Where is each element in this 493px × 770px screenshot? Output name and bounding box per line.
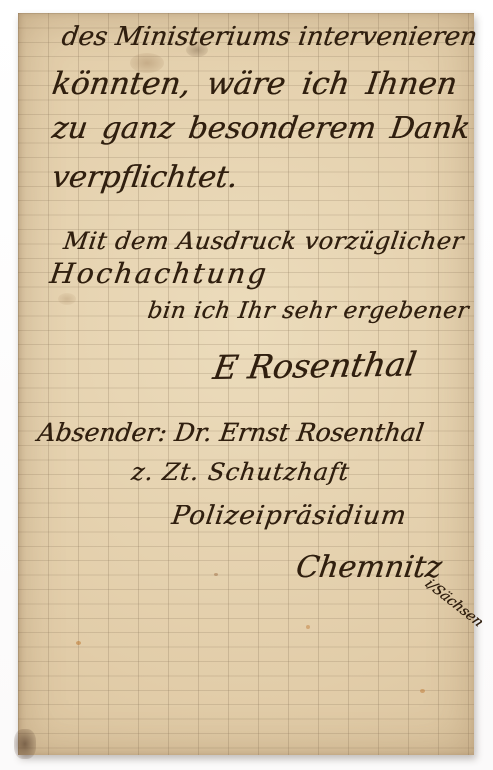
- body-line-1: des Ministeriums intervenieren: [60, 24, 479, 50]
- corner-stain: [14, 729, 36, 759]
- signature: E Rosenthal: [211, 347, 419, 384]
- paper-freckle: [76, 641, 81, 645]
- body-line-2: könnten, wäre ich Ihnen: [50, 69, 459, 100]
- closing-line-2: Hochachtung: [48, 260, 270, 288]
- paper-freckle: [214, 573, 218, 576]
- sender-line-3: Polizeipräsidium: [170, 503, 408, 529]
- body-line-4: verpflichtet.: [50, 163, 240, 193]
- paper-stain: [58, 293, 76, 305]
- closing-line-1: Mit dem Ausdruck vorzüglicher: [62, 229, 465, 253]
- graph-paper-page: des Ministeriums intervenieren könnten, …: [18, 13, 474, 755]
- closing-line-3: bin ich Ihr sehr ergebener: [146, 300, 470, 323]
- sender-line-1: Absender: Dr. Ernst Rosenthal: [36, 420, 425, 445]
- sender-line-2: z. Zt. Schutzhaft: [130, 460, 351, 484]
- sender-city: Chemnitz: [294, 553, 443, 583]
- body-line-3: zu ganz besonderem Dank: [50, 114, 472, 144]
- sender-region: i/Sächsen: [422, 577, 486, 629]
- scan-background: des Ministeriums intervenieren könnten, …: [0, 0, 493, 770]
- paper-freckle: [420, 689, 425, 693]
- paper-freckle: [306, 625, 310, 629]
